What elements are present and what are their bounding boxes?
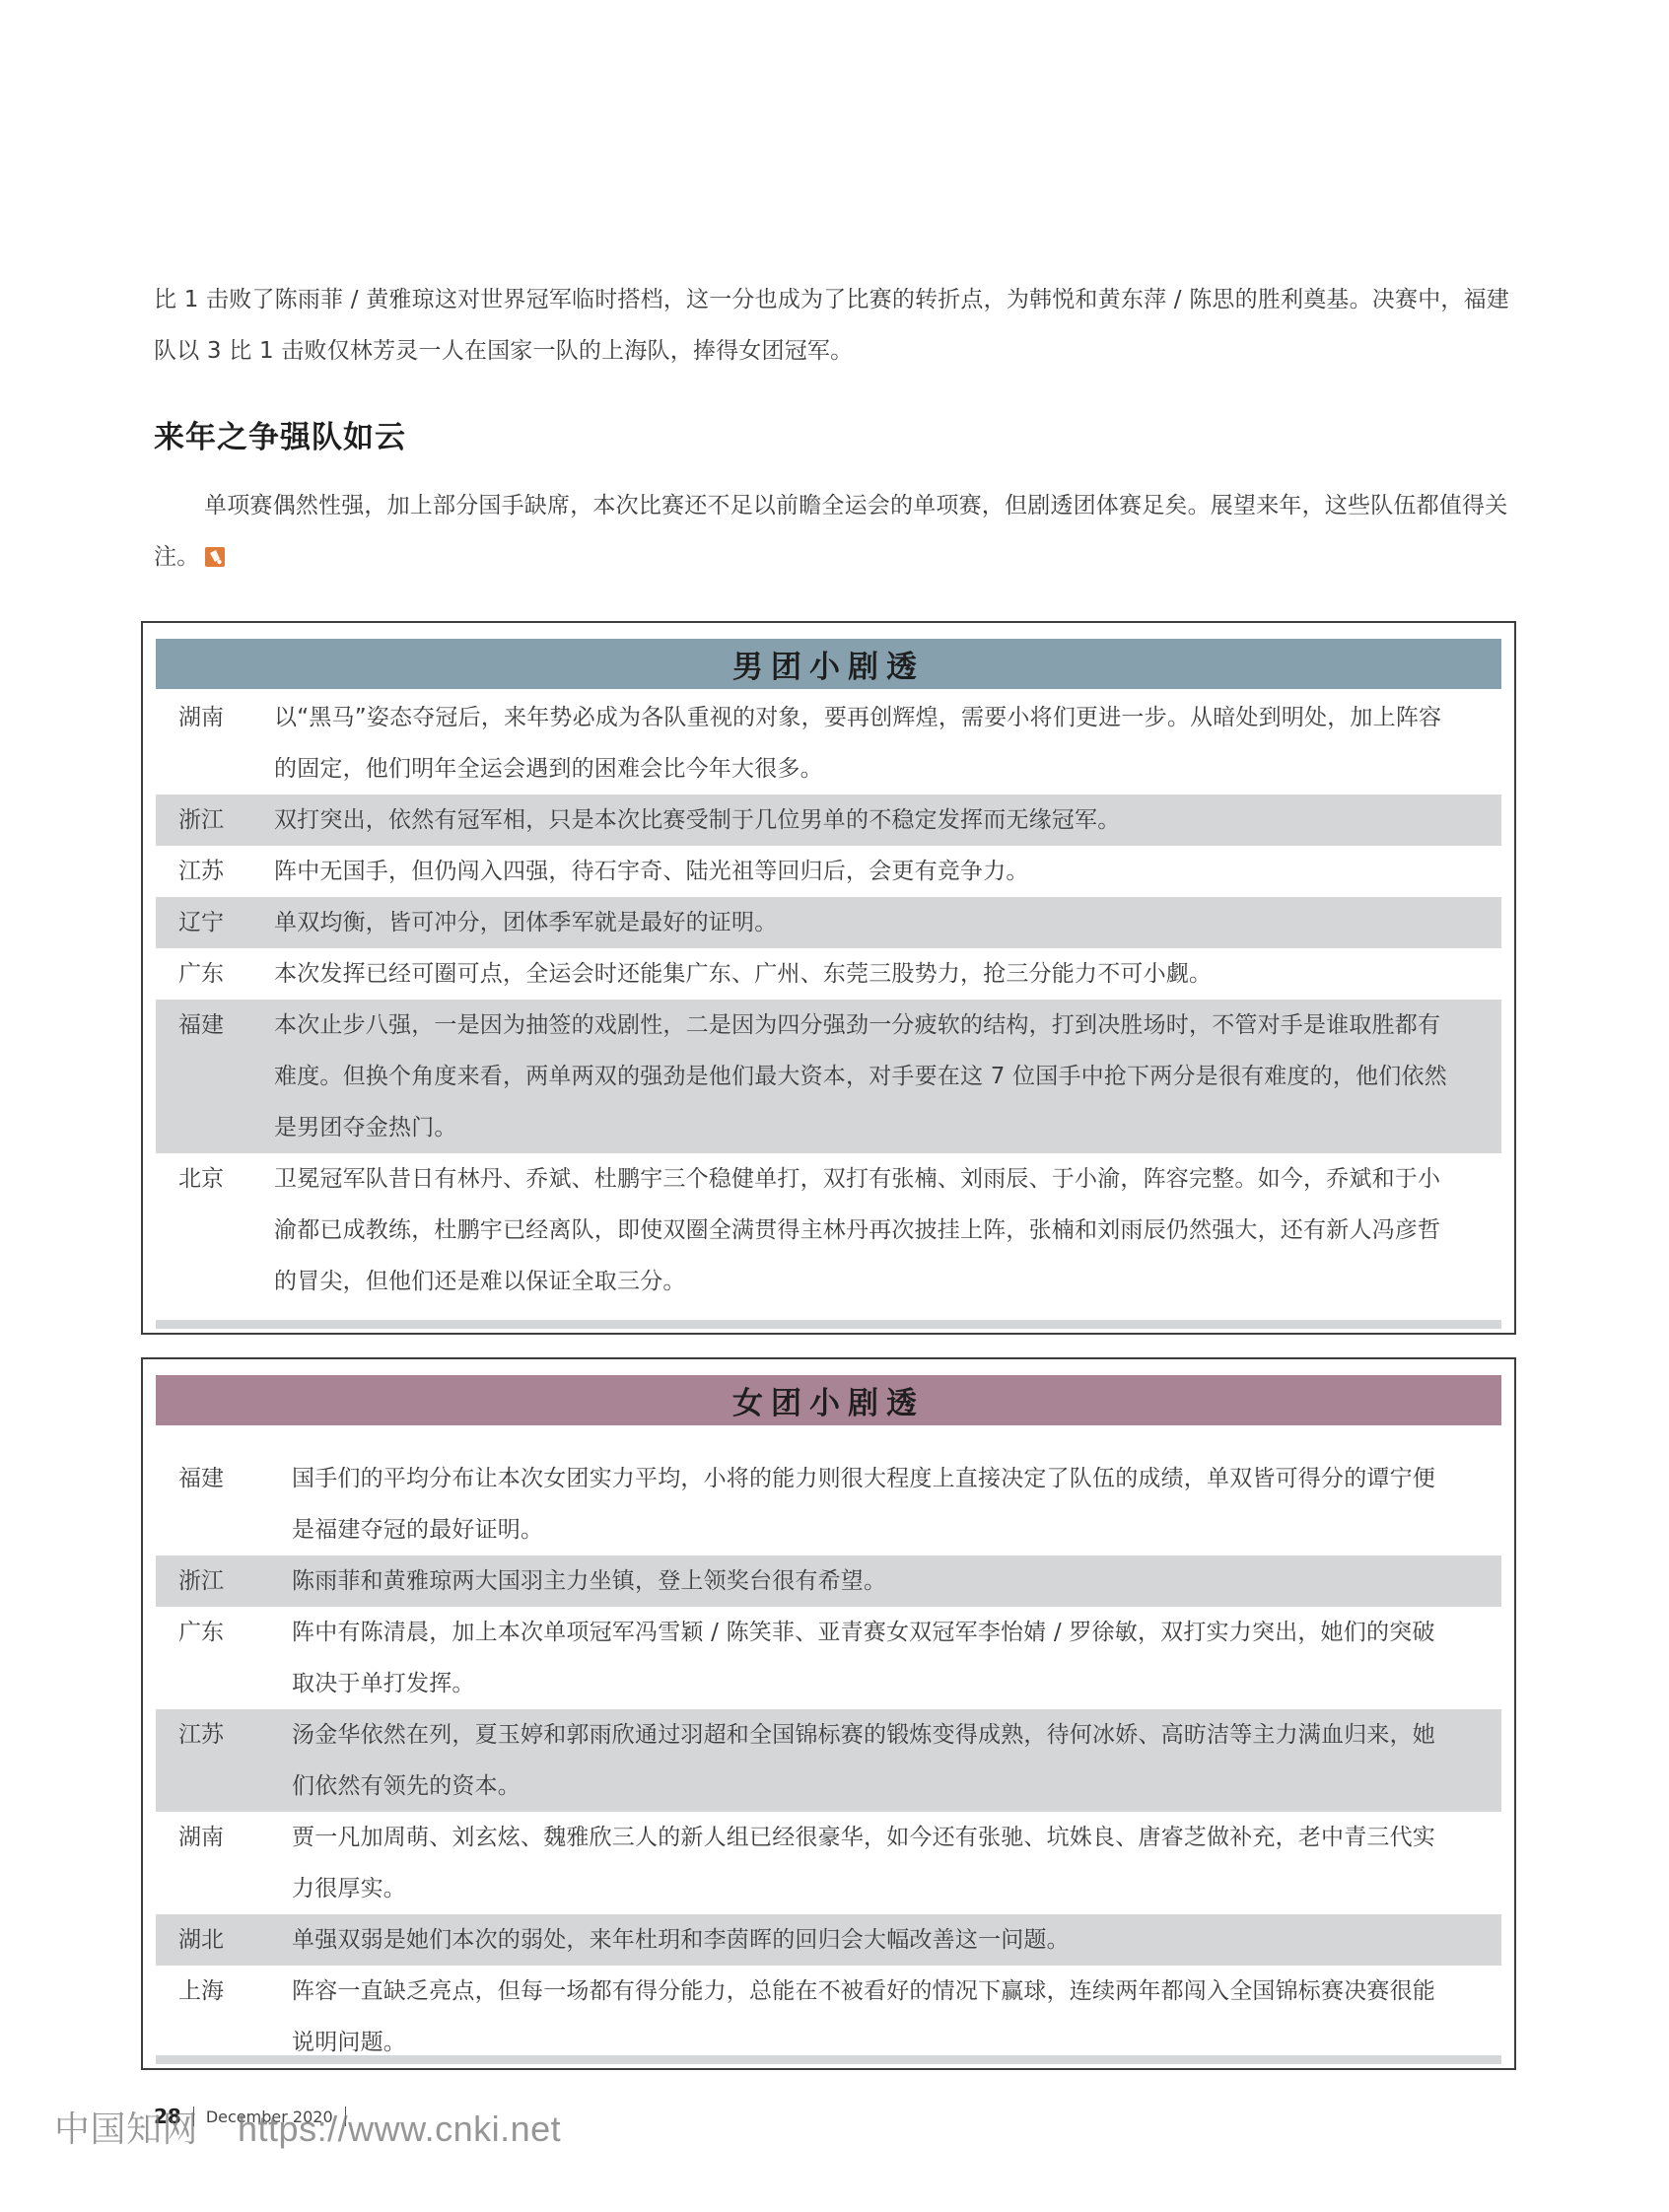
team-description: 贾一凡加周萌、刘玄炫、魏雅欣三人的新人组已经很豪华，如今还有张驰、坑姝良、唐睿芝… — [292, 1812, 1501, 1914]
team-row: 福建 本次止步八强，一是因为抽签的戏剧性，二是因为四分强劲一分疲软的结构，打到决… — [156, 1000, 1501, 1153]
team-row: 江苏 汤金华依然在列，夏玉婷和郭雨欣通过羽超和全国锦标赛的锻炼变得成熟，待何冰娇… — [156, 1709, 1501, 1812]
team-name: 湖南 — [156, 1812, 292, 1914]
cnki-watermark: 中国知网https://www.cnki.net — [54, 2102, 561, 2152]
magazine-page: 比 1 击败了陈雨菲 / 黄雅琼这对世界冠军临时搭档，这一分也成为了比赛的转折点… — [0, 0, 1669, 2212]
team-row: 辽宁 单双均衡，皆可冲分，团体季军就是最好的证明。 — [156, 897, 1501, 948]
team-row: 上海 阵容一直缺乏亮点，但每一场都有得分能力，总能在不被看好的情况下赢球，连续两… — [156, 1966, 1501, 2068]
team-description: 双打突出，依然有冠军相，只是本次比赛受制于几位男单的不稳定发挥而无缘冠军。 — [274, 795, 1501, 846]
team-row: 北京 卫冕冠军队昔日有林丹、乔斌、杜鹏宇三个稳健单打，双打有张楠、刘雨辰、于小渝… — [156, 1153, 1501, 1307]
team-description: 单强双弱是她们本次的弱处，来年杜玥和李茵晖的回归会大幅改善这一问题。 — [292, 1914, 1501, 1966]
women-team-list: 福建 国手们的平均分布让本次女团实力平均，小将的能力则很大程度上直接决定了队伍的… — [156, 1453, 1501, 2068]
watermark-site-name: 中国知网 — [54, 2108, 198, 2149]
team-row: 广东 阵中有陈清晨，加上本次单项冠军冯雪颖 / 陈笑菲、亚青赛女双冠军李怡婧 /… — [156, 1607, 1501, 1709]
watermark-url: https://www.cnki.net — [238, 2108, 561, 2149]
team-name: 辽宁 — [156, 897, 274, 948]
men-box-title: 男团小剧透 — [156, 639, 1501, 689]
women-team-preview-box: 女团小剧透 福建 国手们的平均分布让本次女团实力平均，小将的能力则很大程度上直接… — [141, 1357, 1516, 2070]
team-description: 本次止步八强，一是因为抽签的戏剧性，二是因为四分强劲一分疲软的结构，打到决胜场时… — [274, 1000, 1501, 1153]
team-row: 广东 本次发挥已经可圈可点，全运会时还能集广东、广州、东莞三股势力，抢三分能力不… — [156, 948, 1501, 1000]
team-name: 湖北 — [156, 1914, 292, 1966]
men-team-list: 湖南 以“黑马”姿态夺冠后，来年势必成为各队重视的对象，要再创辉煌，需要小将们更… — [156, 692, 1501, 1307]
team-name: 湖南 — [156, 692, 274, 795]
team-row: 浙江 双打突出，依然有冠军相，只是本次比赛受制于几位男单的不稳定发挥而无缘冠军。 — [156, 795, 1501, 846]
team-row: 福建 国手们的平均分布让本次女团实力平均，小将的能力则很大程度上直接决定了队伍的… — [156, 1453, 1501, 1555]
team-description: 陈雨菲和黄雅琼两大国羽主力坐镇，登上领奖台很有希望。 — [292, 1555, 1501, 1607]
shuttlecock-icon — [205, 547, 225, 567]
section-paragraph-text: 单项赛偶然性强，加上部分国手缺席，本次比赛还不足以前瞻全运会的单项赛，但剧透团体… — [154, 493, 1507, 570]
team-row: 湖南 贾一凡加周萌、刘玄炫、魏雅欣三人的新人组已经很豪华，如今还有张驰、坑姝良、… — [156, 1812, 1501, 1914]
team-name: 上海 — [156, 1966, 292, 2068]
team-name: 江苏 — [156, 1709, 292, 1812]
team-description: 卫冕冠军队昔日有林丹、乔斌、杜鹏宇三个稳健单打，双打有张楠、刘雨辰、于小渝，阵容… — [274, 1153, 1501, 1307]
team-description: 以“黑马”姿态夺冠后，来年势必成为各队重视的对象，要再创辉煌，需要小将们更进一步… — [274, 692, 1501, 795]
box-footer-band — [156, 1320, 1501, 1329]
team-name: 广东 — [156, 948, 274, 1000]
team-name: 广东 — [156, 1607, 292, 1709]
women-box-title: 女团小剧透 — [156, 1375, 1501, 1425]
team-name: 福建 — [156, 1453, 292, 1555]
team-row: 湖北 单强双弱是她们本次的弱处，来年杜玥和李茵晖的回归会大幅改善这一问题。 — [156, 1914, 1501, 1966]
team-name: 北京 — [156, 1153, 274, 1307]
team-row: 浙江 陈雨菲和黄雅琼两大国羽主力坐镇，登上领奖台很有希望。 — [156, 1555, 1501, 1607]
section-heading: 来年之争强队如云 — [154, 412, 406, 456]
team-name: 江苏 — [156, 846, 274, 897]
team-row: 江苏 阵中无国手，但仍闯入四强，待石宇奇、陆光祖等回归后，会更有竞争力。 — [156, 846, 1501, 897]
section-paragraph: 单项赛偶然性强，加上部分国手缺席，本次比赛还不足以前瞻全运会的单项赛，但剧透团体… — [154, 480, 1514, 583]
team-description: 阵容一直缺乏亮点，但每一场都有得分能力，总能在不被看好的情况下赢球，连续两年都闯… — [292, 1966, 1501, 2068]
box-footer-band — [156, 2055, 1501, 2064]
team-description: 汤金华依然在列，夏玉婷和郭雨欣通过羽超和全国锦标赛的锻炼变得成熟，待何冰娇、高昉… — [292, 1709, 1501, 1812]
lead-paragraph: 比 1 击败了陈雨菲 / 黄雅琼这对世界冠军临时搭档，这一分也成为了比赛的转折点… — [154, 274, 1514, 377]
team-description: 本次发挥已经可圈可点，全运会时还能集广东、广州、东莞三股势力，抢三分能力不可小觑… — [274, 948, 1501, 1000]
team-name: 福建 — [156, 1000, 274, 1153]
team-description: 单双均衡，皆可冲分，团体季军就是最好的证明。 — [274, 897, 1501, 948]
team-name: 浙江 — [156, 795, 274, 846]
men-team-preview-box: 男团小剧透 湖南 以“黑马”姿态夺冠后，来年势必成为各队重视的对象，要再创辉煌，… — [141, 621, 1516, 1335]
team-row: 湖南 以“黑马”姿态夺冠后，来年势必成为各队重视的对象，要再创辉煌，需要小将们更… — [156, 692, 1501, 795]
team-description: 阵中有陈清晨，加上本次单项冠军冯雪颖 / 陈笑菲、亚青赛女双冠军李怡婧 / 罗徐… — [292, 1607, 1501, 1709]
team-name: 浙江 — [156, 1555, 292, 1607]
team-description: 阵中无国手，但仍闯入四强，待石宇奇、陆光祖等回归后，会更有竞争力。 — [274, 846, 1501, 897]
team-description: 国手们的平均分布让本次女团实力平均，小将的能力则很大程度上直接决定了队伍的成绩，… — [292, 1453, 1501, 1555]
